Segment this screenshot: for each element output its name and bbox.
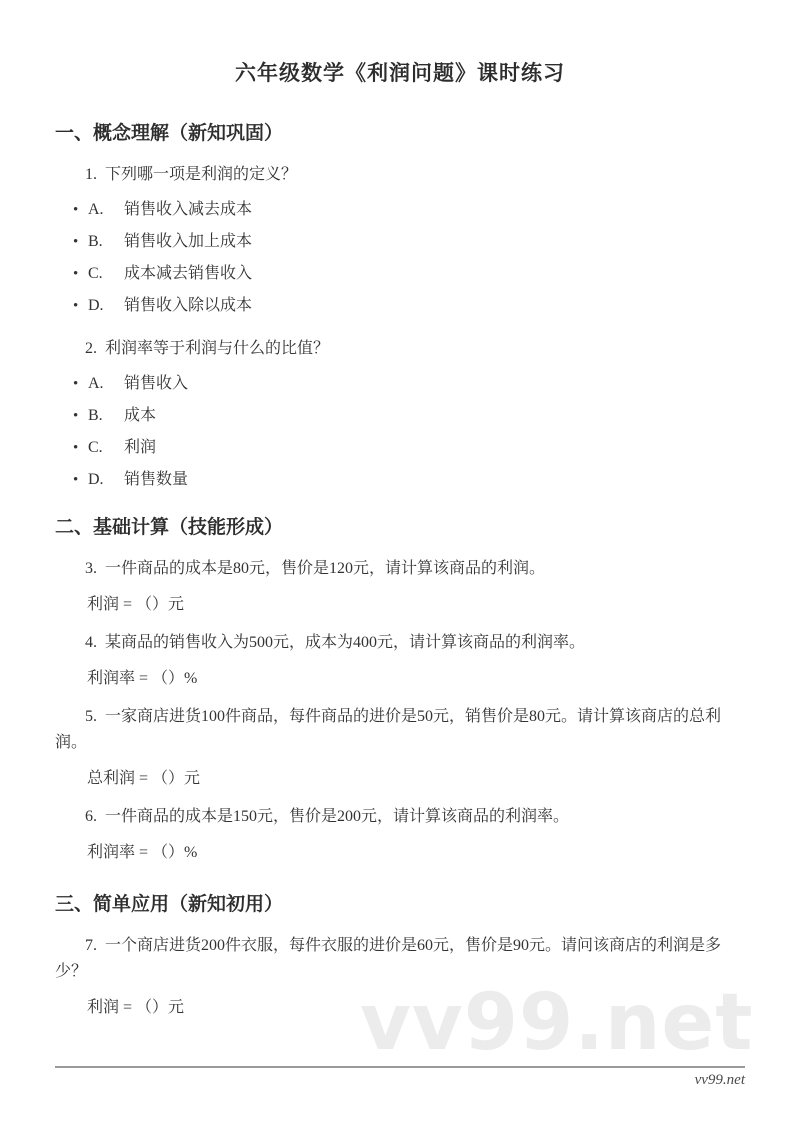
page-footer: vv99.net <box>55 1066 745 1089</box>
option-text: 销售数量 <box>124 468 188 492</box>
option-q2-b: • B. 成本 <box>55 404 745 428</box>
option-text: 销售收入 <box>124 372 188 396</box>
question-5: 5. 一家商店进货100件商品，每件商品的进价是50元，销售价是80元。请计算该… <box>55 704 745 756</box>
bullet-icon: • <box>73 198 85 222</box>
option-label: C. <box>88 262 112 286</box>
option-q1-b: • B. 销售收入加上成本 <box>55 230 745 254</box>
bullet-icon: • <box>73 468 85 492</box>
section-1-heading: 一、概念理解（新知巩固） <box>55 120 745 148</box>
bullet-icon: • <box>73 230 85 254</box>
option-label: A. <box>88 372 112 396</box>
option-text: 销售收入除以成本 <box>124 294 252 318</box>
option-q2-a: • A. 销售收入 <box>55 372 745 396</box>
option-label: D. <box>88 294 112 318</box>
question-2-options: • A. 销售收入 • B. 成本 • C. 利润 • D. 销售数量 <box>55 372 745 492</box>
question-4: 4. 某商品的销售收入为500元，成本为400元，请计算该商品的利润率。 <box>55 630 745 656</box>
question-1-options: • A. 销售收入减去成本 • B. 销售收入加上成本 • C. 成本减去销售收… <box>55 198 745 318</box>
option-text: 销售收入加上成本 <box>124 230 252 254</box>
bullet-icon: • <box>73 262 85 286</box>
bullet-icon: • <box>73 294 85 318</box>
option-text: 成本 <box>124 404 156 428</box>
section-3-heading: 三、简单应用（新知初用） <box>55 891 745 919</box>
page-title: 六年级数学《利润问题》课时练习 <box>55 56 745 90</box>
question-1: 1. 下列哪一项是利润的定义？ <box>55 162 745 188</box>
option-label: C. <box>88 436 112 460</box>
footer-site-label: vv99.net <box>695 1072 745 1089</box>
bullet-icon: • <box>73 372 85 396</box>
section-2-heading: 二、基础计算（技能形成） <box>55 514 745 542</box>
question-6: 6. 一件商品的成本是150元，售价是200元，请计算该商品的利润率。 <box>55 804 745 830</box>
answer-blank-q4: 利润率 = （）% <box>87 666 745 692</box>
answer-blank-q7: 利润 = （）元 <box>87 995 745 1021</box>
option-q1-a: • A. 销售收入减去成本 <box>55 198 745 222</box>
answer-blank-q6: 利润率 = （）% <box>87 840 745 866</box>
question-3: 3. 一件商品的成本是80元，售价是120元，请计算该商品的利润。 <box>55 556 745 582</box>
option-text: 利润 <box>124 436 156 460</box>
option-label: D. <box>88 468 112 492</box>
worksheet-page: vv99.net 六年级数学《利润问题》课时练习 一、概念理解（新知巩固） 1.… <box>0 0 800 1130</box>
answer-blank-q5: 总利润 = （）元 <box>87 766 745 792</box>
worksheet-content: 六年级数学《利润问题》课时练习 一、概念理解（新知巩固） 1. 下列哪一项是利润… <box>55 56 745 1021</box>
option-text: 成本减去销售收入 <box>124 262 252 286</box>
answer-blank-q3: 利润 = （）元 <box>87 592 745 618</box>
bullet-icon: • <box>73 404 85 428</box>
option-q1-d: • D. 销售收入除以成本 <box>55 294 745 318</box>
bullet-icon: • <box>73 436 85 460</box>
option-q2-d: • D. 销售数量 <box>55 468 745 492</box>
option-label: A. <box>88 198 112 222</box>
question-7: 7. 一个商店进货200件衣服，每件衣服的进价是60元，售价是90元。请问该商店… <box>55 933 745 985</box>
option-q1-c: • C. 成本减去销售收入 <box>55 262 745 286</box>
option-q2-c: • C. 利润 <box>55 436 745 460</box>
option-label: B. <box>88 230 112 254</box>
option-text: 销售收入减去成本 <box>124 198 252 222</box>
question-2: 2. 利润率等于利润与什么的比值？ <box>55 336 745 362</box>
option-label: B. <box>88 404 112 428</box>
